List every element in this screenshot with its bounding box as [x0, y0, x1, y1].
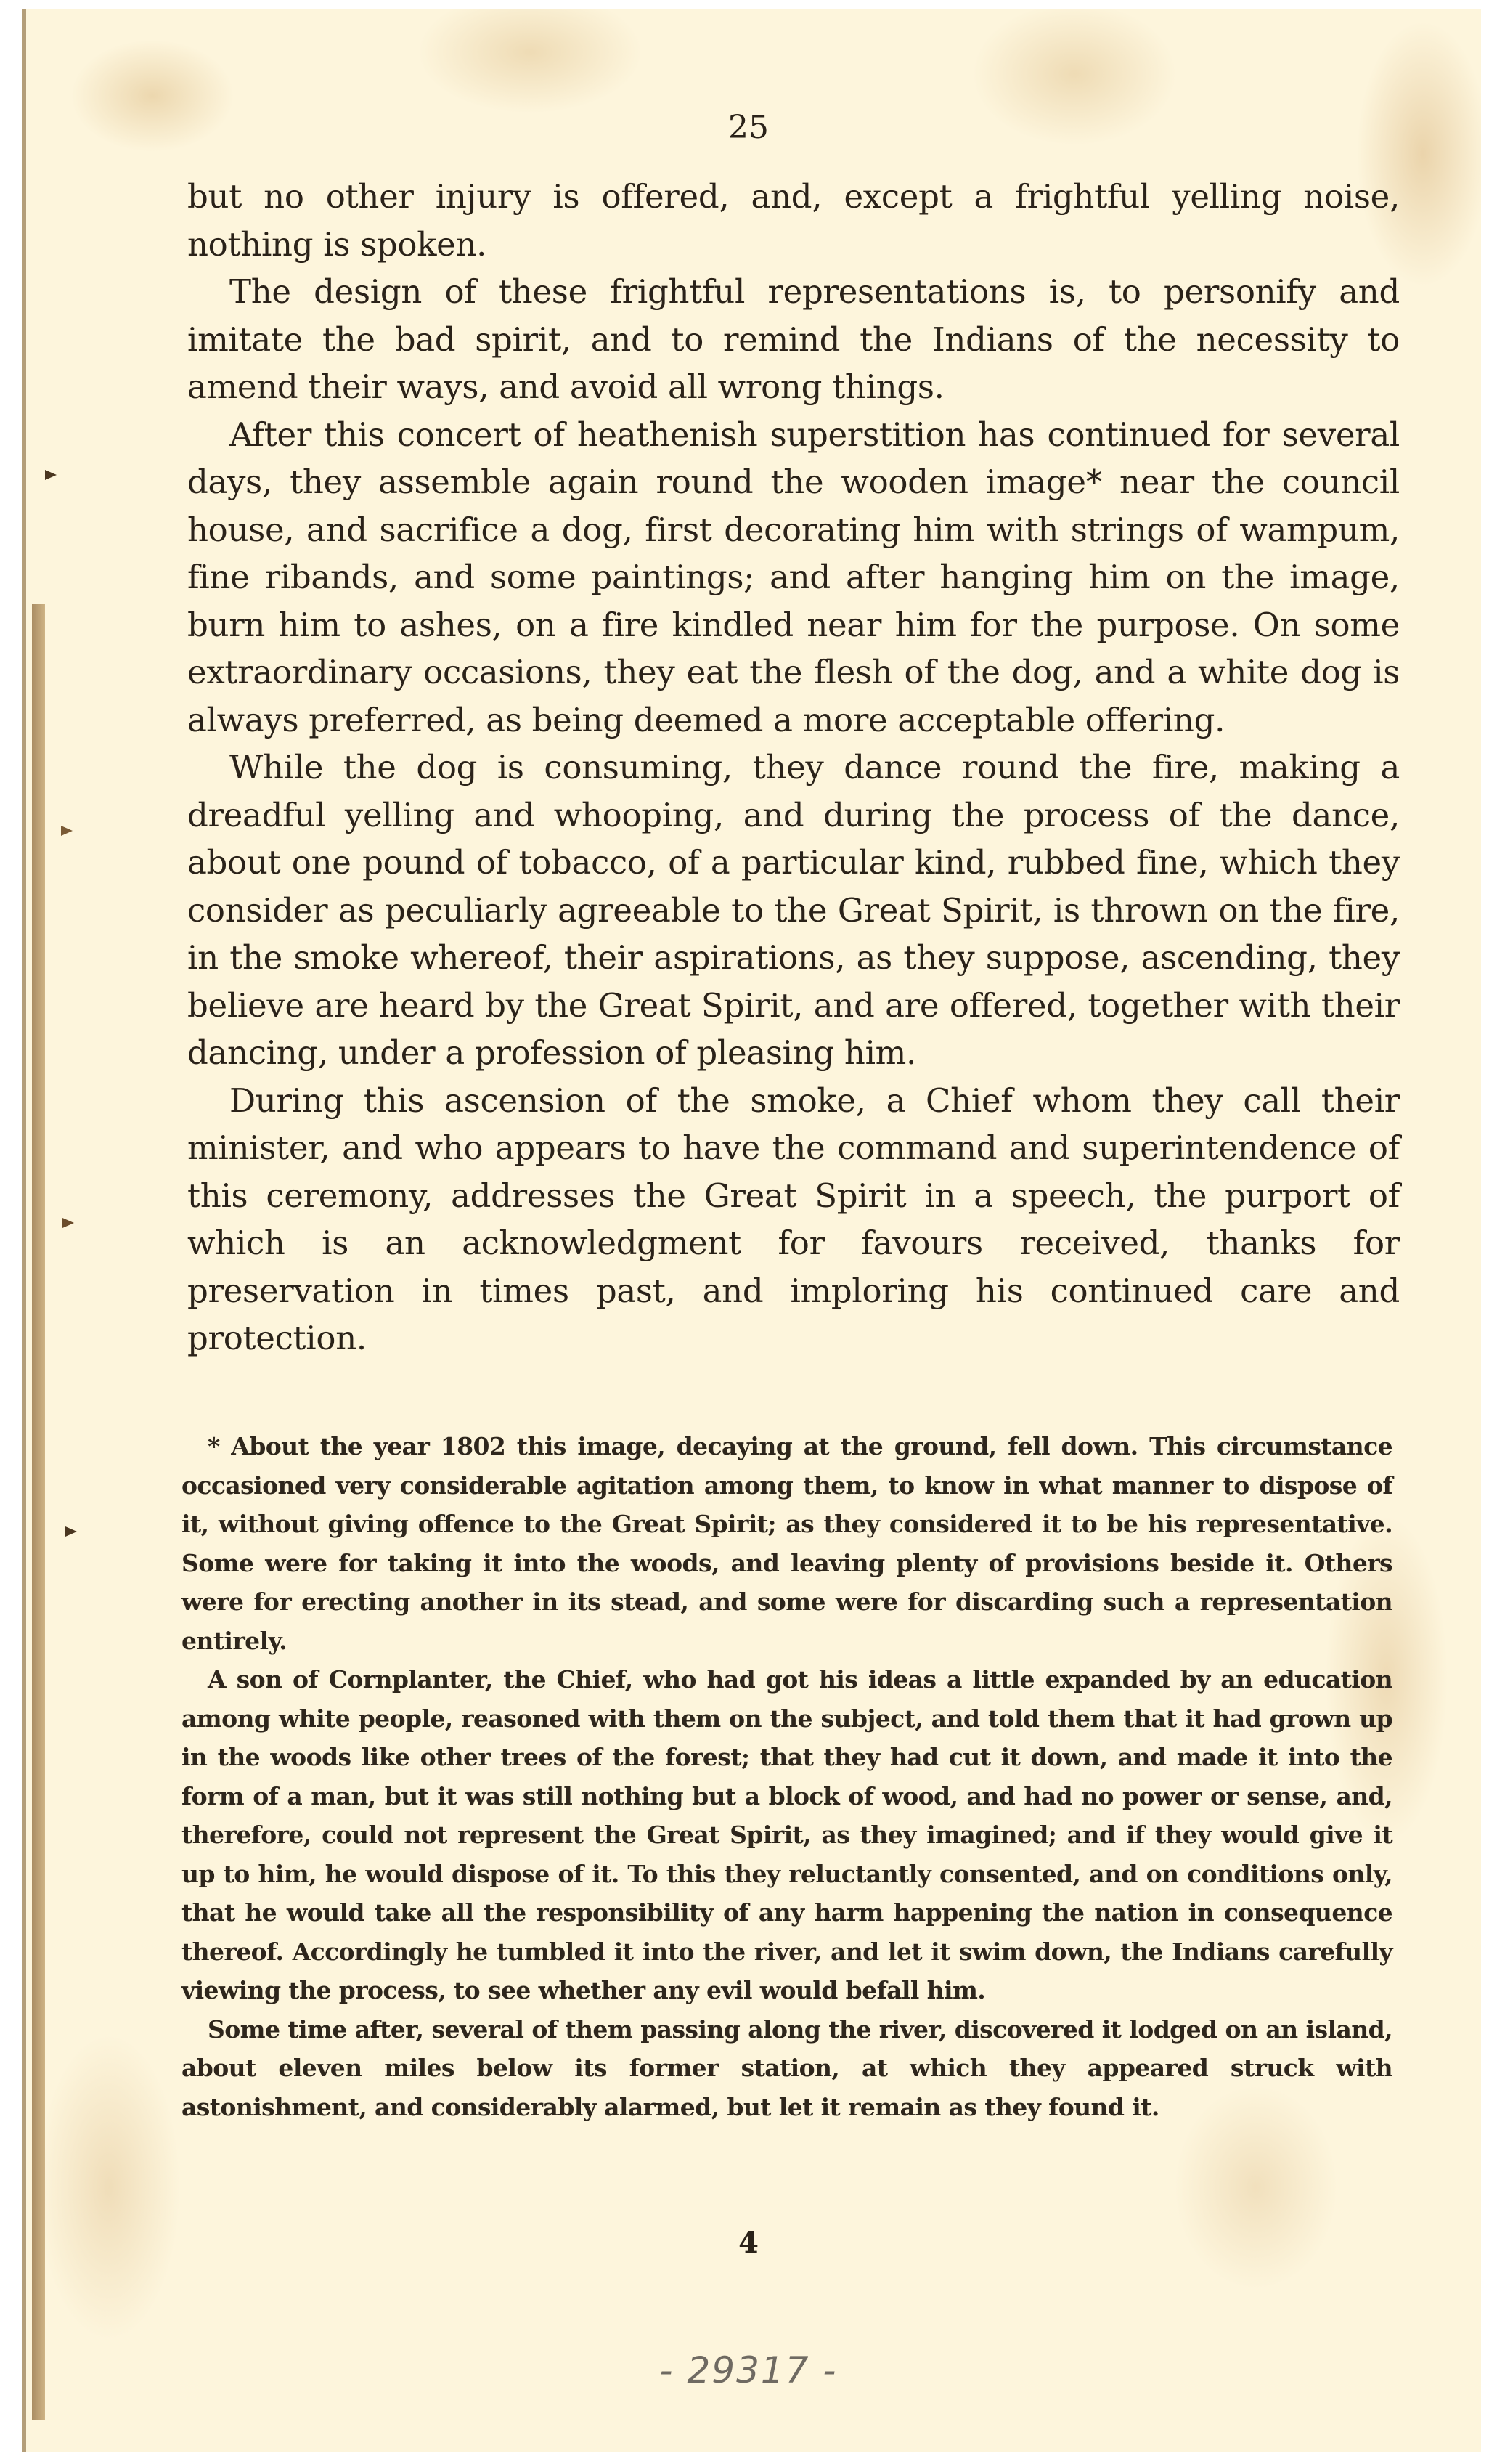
body-paragraph: The design of these frightful representa… [187, 268, 1400, 411]
margin-mark-icon [65, 1526, 77, 1537]
page-number: 25 [0, 109, 1497, 146]
body-text: but no other injury is offered, and, exc… [187, 173, 1400, 1362]
margin-mark-icon [45, 470, 57, 480]
footnotes: * About the year 1802 this image, decayi… [181, 1427, 1392, 2126]
handwritten-catalog-number: - 29317 - [0, 2349, 1497, 2391]
signature-mark: 4 [0, 2226, 1497, 2260]
body-paragraph: but no other injury is offered, and, exc… [187, 173, 1400, 268]
footnote-paragraph: A son of Cornplanter, the Chief, who had… [181, 1660, 1392, 2010]
margin-mark-icon [62, 1218, 74, 1228]
margin-mark-icon [61, 826, 73, 836]
page-edge-stain [32, 604, 45, 2420]
footnote-paragraph: Some time after, several of them passing… [181, 2010, 1392, 2127]
body-paragraph: During this ascension of the smoke, a Ch… [187, 1077, 1400, 1362]
body-paragraph: After this concert of heathenish superst… [187, 411, 1400, 744]
footnote-paragraph: * About the year 1802 this image, decayi… [181, 1427, 1392, 1660]
body-paragraph: While the dog is consuming, they dance r… [187, 744, 1400, 1077]
